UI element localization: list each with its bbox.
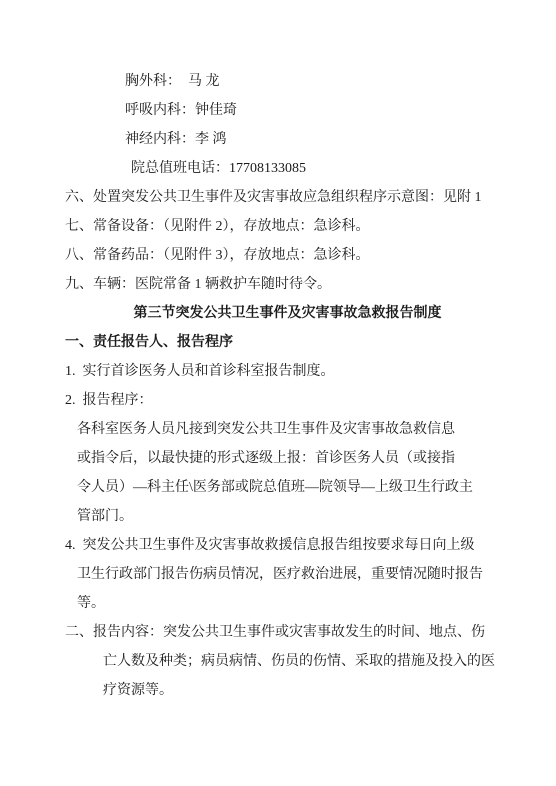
paragraph-line: 疗资源等。 [65,676,496,705]
section-title: 第三节突发公共卫生事件及灾害事故急救报告制度 [65,299,496,328]
paragraph-line: 亡人数及种类；病员病情、伤员的伤情、采取的措施及投入的医 [65,647,496,676]
list-item-eight: 八、常备药品：（见附件 3），存放地点：急诊科。 [65,241,496,270]
list-item-nine: 九、车辆：医院常备 1 辆救护车随时待令。 [65,270,496,299]
paragraph-line: 等。 [65,589,496,618]
contact-line-chest-surgery: 胸外科： 马 龙 [65,67,496,96]
document-page: 胸外科： 马 龙 呼吸内科：钟佳琦 神经内科：李 鸿 院总值班电话：177081… [0,0,556,786]
paragraph-line: 各科室医务人员凡接到突发公共卫生事件及灾害事故急救信息 [65,415,496,444]
numbered-item-2: 2. 报告程序： [65,386,496,415]
numbered-item-4: 4. 突发公共卫生事件及灾害事故救援信息报告组按要求每日向上级 [65,531,496,560]
subsection-heading-one: 一、责任报告人、报告程序 [65,328,496,357]
paragraph-line: 管部门。 [65,502,496,531]
paragraph-line: 令人员）—科主任\医务部或院总值班—院领导—上级卫生行政主 [65,473,496,502]
paragraph-line: 或指令后，以最快捷的形式逐级上报：首诊医务人员（或接指 [65,444,496,473]
subsection-heading-two: 二、报告内容：突发公共卫生事件或灾害事故发生的时间、地点、伤 [65,618,496,647]
numbered-item-1: 1. 实行首诊医务人员和首诊科室报告制度。 [65,357,496,386]
paragraph-line: 卫生行政部门报告伤病员情况，医疗救治进展，重要情况随时报告 [65,560,496,589]
list-item-seven: 七、常备设备：（见附件 2），存放地点：急诊科。 [65,212,496,241]
list-item-six: 六、处置突发公共卫生事件及灾害事故应急组织程序示意图：见附 1 [65,183,496,212]
contact-line-duty-phone: 院总值班电话：17708133085 [65,154,496,183]
contact-line-neurology: 神经内科：李 鸿 [65,125,496,154]
contact-line-respiratory: 呼吸内科：钟佳琦 [65,96,496,125]
